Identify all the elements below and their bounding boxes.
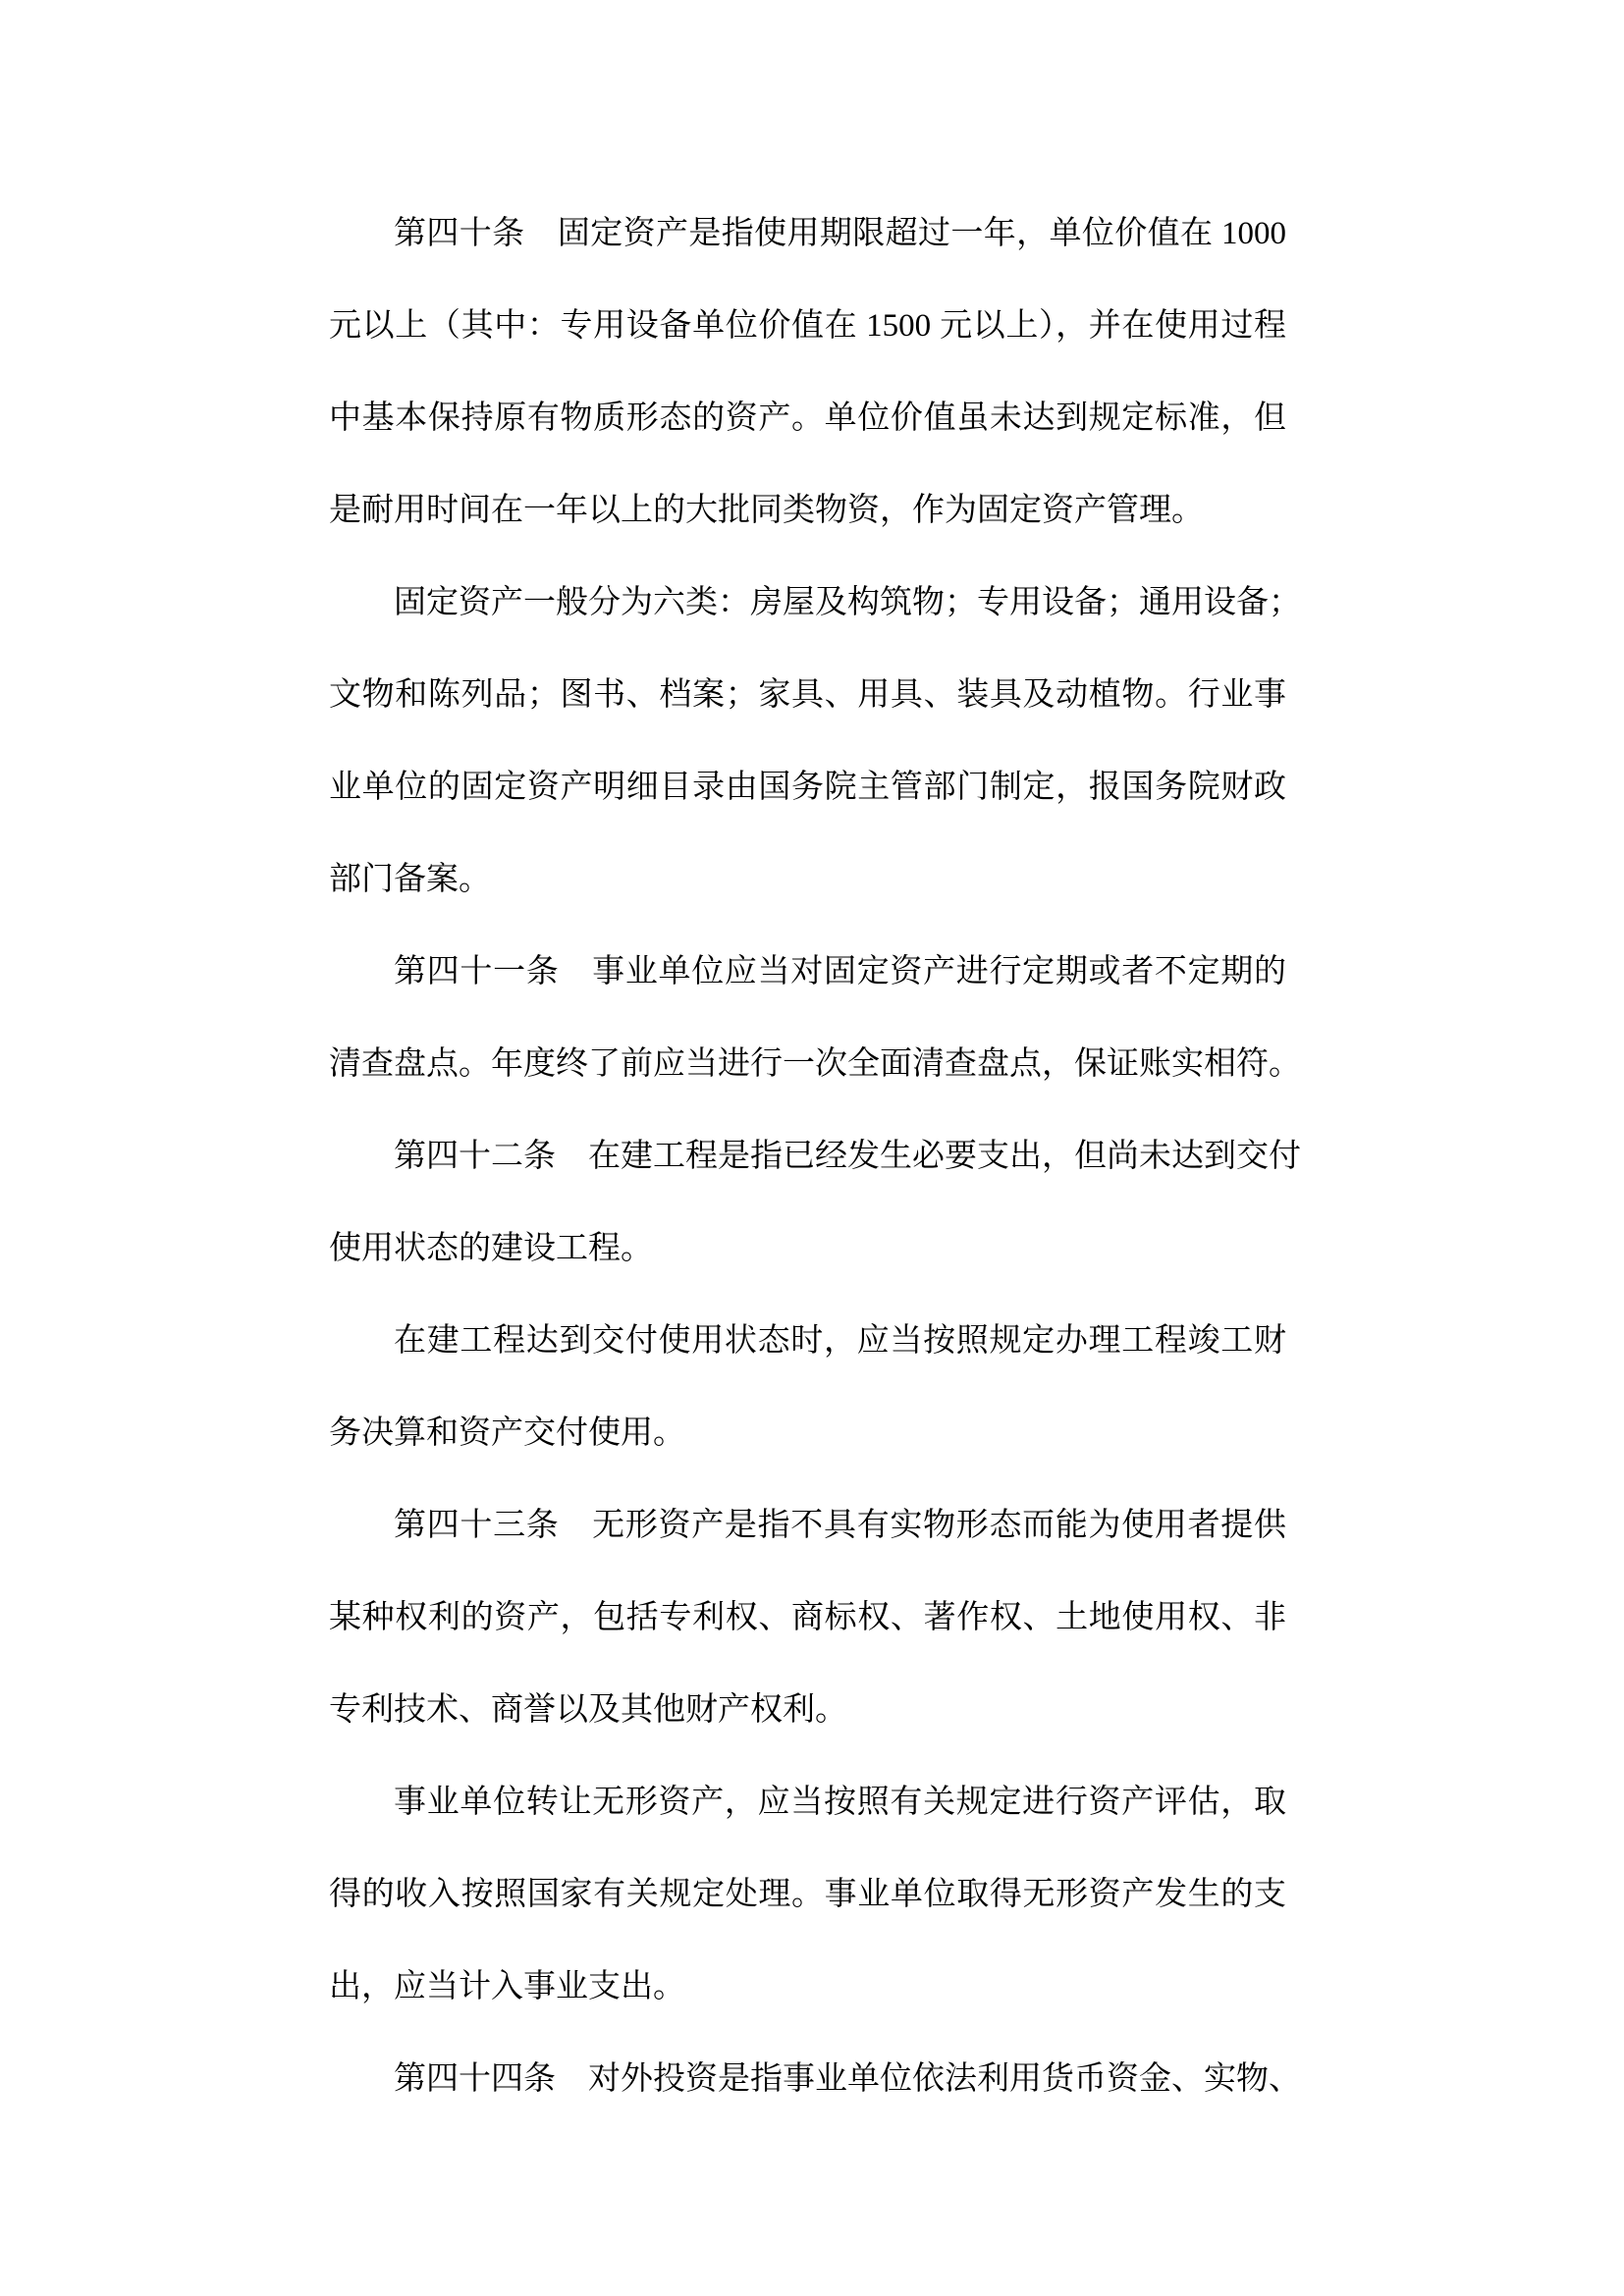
text-block: 第四十条 固定资产是指使用期限超过一年，单位价值在 1000元以上（其中：专用设… [329,187,1286,2125]
paragraph: 固定资产一般分为六类：房屋及构筑物；专用设备；通用设备；文物和陈列品；图书、档案… [329,557,1286,926]
text-line: 是耐用时间在一年以上的大批同类物资，作为固定资产管理。 [329,464,1286,557]
text-line: 专利技术、商誉以及其他财产权利。 [329,1664,1286,1756]
text-line: 文物和陈列品；图书、档案；家具、用具、装具及动植物。行业事 [329,649,1286,741]
text-line: 部门备案。 [329,833,1286,926]
document-page: 第四十条 固定资产是指使用期限超过一年，单位价值在 1000元以上（其中：专用设… [0,0,1624,2296]
text-line: 第四十二条 在建工程是指已经发生必要支出，但尚未达到交付 [329,1110,1286,1202]
paragraph: 第四十一条 事业单位应当对固定资产进行定期或者不定期的清查盘点。年度终了前应当进… [329,926,1286,1110]
text-line: 清查盘点。年度终了前应当进行一次全面清查盘点，保证账实相符。 [329,1018,1286,1110]
text-line: 第四十条 固定资产是指使用期限超过一年，单位价值在 1000 [329,187,1286,280]
paragraph: 在建工程达到交付使用状态时，应当按照规定办理工程竣工财务决算和资产交付使用。 [329,1295,1286,1479]
text-line: 中基本保持原有物质形态的资产。单位价值虽未达到规定标准，但 [329,372,1286,464]
text-line: 第四十四条 对外投资是指事业单位依法利用货币资金、实物、 [329,2033,1286,2125]
paragraph: 第四十条 固定资产是指使用期限超过一年，单位价值在 1000元以上（其中：专用设… [329,187,1286,557]
text-line: 得的收入按照国家有关规定处理。事业单位取得无形资产发生的支 [329,1848,1286,1941]
text-line: 业单位的固定资产明细目录由国务院主管部门制定，报国务院财政 [329,741,1286,833]
paragraph: 第四十三条 无形资产是指不具有实物形态而能为使用者提供某种权利的资产，包括专利权… [329,1479,1286,1756]
paragraph: 第四十四条 对外投资是指事业单位依法利用货币资金、实物、 [329,2033,1286,2125]
text-line: 第四十一条 事业单位应当对固定资产进行定期或者不定期的 [329,926,1286,1018]
text-line: 元以上（其中：专用设备单位价值在 1500 元以上），并在使用过程 [329,280,1286,372]
text-line: 出，应当计入事业支出。 [329,1941,1286,2033]
text-line: 固定资产一般分为六类：房屋及构筑物；专用设备；通用设备； [329,557,1286,649]
paragraph: 第四十二条 在建工程是指已经发生必要支出，但尚未达到交付使用状态的建设工程。 [329,1110,1286,1295]
text-line: 务决算和资产交付使用。 [329,1387,1286,1479]
text-line: 事业单位转让无形资产，应当按照有关规定进行资产评估，取 [329,1756,1286,1848]
text-line: 在建工程达到交付使用状态时，应当按照规定办理工程竣工财 [329,1295,1286,1387]
text-line: 第四十三条 无形资产是指不具有实物形态而能为使用者提供 [329,1479,1286,1572]
text-line: 某种权利的资产，包括专利权、商标权、著作权、土地使用权、非 [329,1572,1286,1664]
paragraph: 事业单位转让无形资产，应当按照有关规定进行资产评估，取得的收入按照国家有关规定处… [329,1756,1286,2033]
text-line: 使用状态的建设工程。 [329,1202,1286,1295]
